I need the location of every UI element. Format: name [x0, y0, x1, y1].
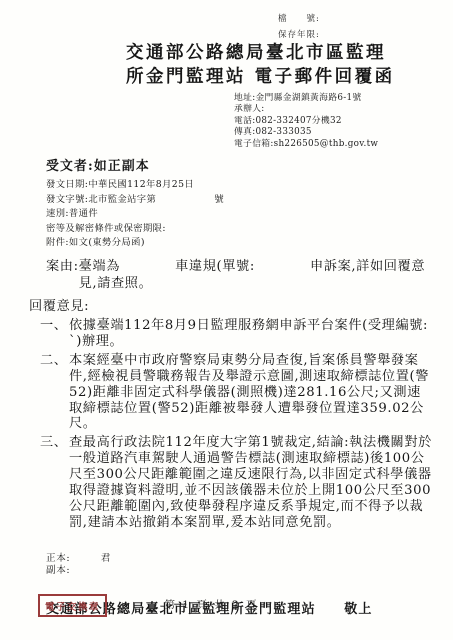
- reply-item-1: 一、 依據臺端112年8月9日監理服務網申訴平台案件(受理編號: `)辦理。: [40, 318, 453, 350]
- original-copy-line: 正本: 君: [46, 553, 453, 566]
- recipient-line: 受文者:如正副本: [46, 155, 453, 174]
- reply-item-1-text: 依據臺端112年8月9日監理服務網申訴平台案件(受理編號: `)辦理。: [69, 318, 433, 350]
- subject-label: 案由:: [46, 259, 79, 292]
- issue-date-line: 發文日期:中華民國112年8月25日: [46, 178, 453, 193]
- page-indicator: 第 1 頁 共 2 頁: [0, 597, 423, 612]
- document-title: 交通部公路總局臺北市區監理 所金門監理站 電子郵件回覆函: [126, 0, 395, 89]
- doc-number-line: 發文字號:北市監金站字第 號: [46, 193, 453, 208]
- agency-fax: 傳真:082-333035: [234, 127, 453, 138]
- document-title-line2: 所金門監理站 電子郵件回覆函: [126, 66, 395, 90]
- agency-email: 電子信箱:sh226505@thb.gov.tw: [234, 139, 453, 150]
- reply-item-3: 三、 查最高行政法院112年度大字第1號裁定,結論:執法機關對於一般道路汽車駕駛…: [40, 435, 453, 530]
- retention-period-label: 保存年限:: [278, 28, 320, 44]
- subject-row: 案由: 臺端為 車違規(單號: 申訴案,詳如回覆意見,請查照。: [46, 259, 453, 292]
- agency-phone: 電話:082-332407分機32: [234, 116, 453, 127]
- document-title-line1: 交通部公路總局臺北市區監理: [126, 42, 395, 66]
- attachment-line: 附件:如文(東勢分局函): [46, 236, 453, 251]
- reply-item-3-text: 查最高行政法院112年度大字第1號裁定,結論:執法機關對於一般道路汽車駕駛人通過…: [69, 435, 433, 530]
- reply-item-2-number: 二、: [40, 353, 69, 433]
- contact-person-label: 承辦人:: [234, 104, 453, 115]
- file-number-block: 檔 號: 保存年限:: [278, 12, 320, 43]
- reply-item-1-number: 一、: [40, 318, 69, 350]
- delivery-speed-line: 速別:普通件: [46, 207, 453, 222]
- file-number-label: 檔 號:: [278, 12, 320, 28]
- duplicate-copy-line: 副本:: [46, 565, 453, 578]
- reply-item-2: 二、 本案經臺中市政府警察局東勢分局查復,旨案係員警舉發案件,經檢視員警職務報告…: [40, 353, 453, 433]
- agency-contact-block: 地址:金門縣金湖鎮黃海路6-1號 承辦人: 電話:082-332407分機32 …: [234, 93, 453, 150]
- reply-item-2-text: 本案經臺中市政府警察局東勢分局查復,旨案係員警舉發案件,經檢視員警職務報告及舉證…: [69, 353, 433, 433]
- subject-text: 臺端為 車違規(單號: 申訴案,詳如回覆意見,請查照。: [79, 259, 434, 292]
- reply-opinion-label: 回覆意見:: [29, 299, 453, 315]
- copies-block: 正本: 君 副本:: [46, 553, 453, 578]
- reply-item-3-number: 三、: [40, 435, 69, 530]
- security-class-line: 密等及解密條件或保密期限:: [46, 222, 453, 237]
- document-page: 檔 號: 保存年限: 交通部公路總局臺北市區監理 所金門監理站 電子郵件回覆函 …: [0, 0, 453, 640]
- agency-address: 地址:金門縣金湖鎮黃海路6-1號: [234, 93, 453, 104]
- document-meta-block: 受文者:如正副本 發文日期:中華民國112年8月25日 發文字號:北市監金站字第…: [46, 155, 453, 251]
